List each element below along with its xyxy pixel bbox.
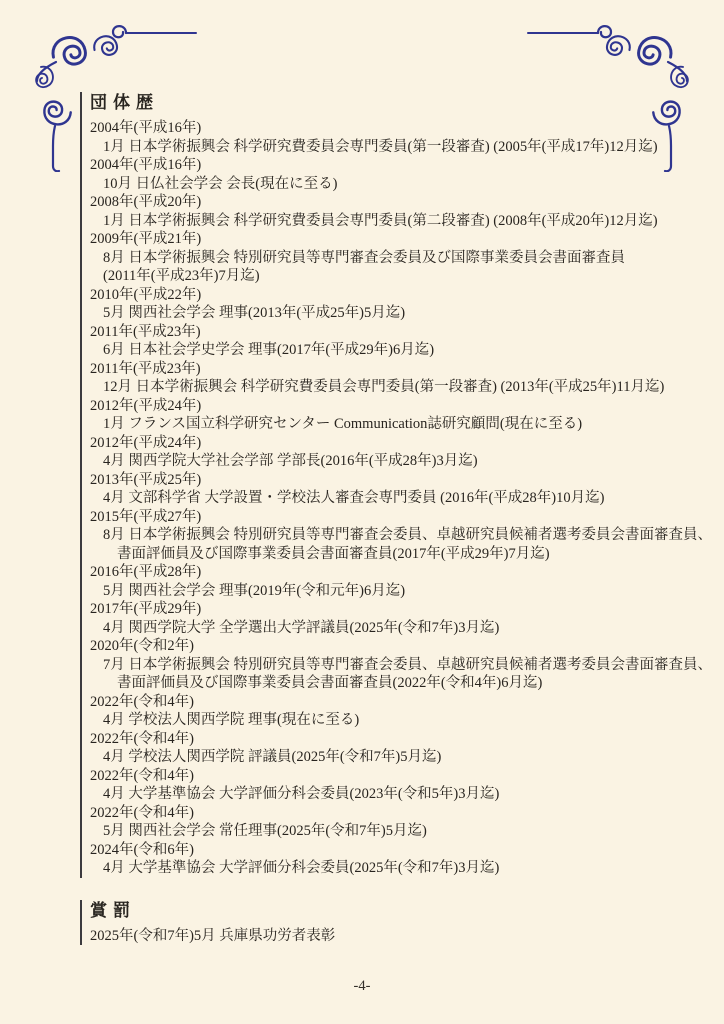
history-line: 2004年(平成16年)	[90, 156, 690, 175]
history-line: 4月 関西学院大学 全学選出大学評議員(2025年(令和7年)3月迄)	[90, 619, 690, 638]
history-line: 2017年(平成29年)	[90, 600, 690, 619]
history-line: 6月 日本社会学史学会 理事(2017年(平成29年)6月迄)	[90, 341, 690, 360]
history-line: 2025年(令和7年)5月 兵庫県功労者表彰	[90, 927, 690, 946]
history-line: 2022年(令和4年)	[90, 767, 690, 786]
history-line: 2022年(令和4年)	[90, 730, 690, 749]
history-line: 1月 フランス国立科学研究センター Communication誌研究顧問(現在に…	[90, 415, 690, 434]
history-line: 5月 関西社会学会 理事(2019年(令和元年)6月迄)	[90, 582, 690, 601]
history-line: 5月 関西社会学会 理事(2013年(平成25年)5月迄)	[90, 304, 690, 323]
history-line: 2024年(令和6年)	[90, 841, 690, 860]
history-line: 2011年(平成23年)	[90, 323, 690, 342]
section-awards: 賞罰 2025年(令和7年)5月 兵庫県功労者表彰	[80, 900, 690, 946]
history-line: 2009年(平成21年)	[90, 230, 690, 249]
history-line: 2004年(平成16年)	[90, 119, 690, 138]
history-line: 4月 学校法人関西学院 評議員(2025年(令和7年)5月迄)	[90, 748, 690, 767]
history-line: 2012年(平成24年)	[90, 397, 690, 416]
history-line: 2016年(平成28年)	[90, 563, 690, 582]
history-line: 1月 日本学術振興会 科学研究費委員会専門委員(第一段審査) (2005年(平成…	[90, 138, 690, 157]
history-line: 2020年(令和2年)	[90, 637, 690, 656]
history-line: 書面評価員及び国際事業委員会書面審査員(2022年(令和4年)6月迄)	[90, 674, 690, 693]
history-line: 1月 日本学術振興会 科学研究費委員会専門委員(第二段審査) (2008年(平成…	[90, 212, 690, 231]
history-line: 4月 文部科学省 大学設置・学校法人審査会専門委員 (2016年(平成28年)1…	[90, 489, 690, 508]
history-line: 2012年(平成24年)	[90, 434, 690, 453]
history-line: 5月 関西社会学会 常任理事(2025年(令和7年)5月迄)	[90, 822, 690, 841]
awards-lines: 2025年(令和7年)5月 兵庫県功労者表彰	[90, 927, 690, 946]
history-line: 4月 大学基準協会 大学評価分科会委員(2023年(令和5年)3月迄)	[90, 785, 690, 804]
history-line: 2008年(平成20年)	[90, 193, 690, 212]
history-line: 2010年(平成22年)	[90, 286, 690, 305]
section-organizational-history: 団体歴 2004年(平成16年)1月 日本学術振興会 科学研究費委員会専門委員(…	[80, 92, 690, 878]
page-number: -4-	[0, 978, 724, 995]
section-heading-organizational-history: 団体歴	[90, 92, 690, 114]
history-line: 2022年(令和4年)	[90, 693, 690, 712]
history-line: 4月 学校法人関西学院 理事(現在に至る)	[90, 711, 690, 730]
history-line: 12月 日本学術振興会 科学研究費委員会専門委員(第一段審査) (2013年(平…	[90, 378, 690, 397]
history-line: 書面評価員及び国際事業委員会書面審査員(2017年(平成29年)7月迄)	[90, 545, 690, 564]
history-line: 7月 日本学術振興会 特別研究員等専門審査会委員、卓越研究員候補者選考委員会書面…	[90, 656, 690, 675]
page-content: 団体歴 2004年(平成16年)1月 日本学術振興会 科学研究費委員会専門委員(…	[80, 92, 690, 945]
history-line: 2015年(平成27年)	[90, 508, 690, 527]
history-line: 8月 日本学術振興会 特別研究員等専門審査会委員、卓越研究員候補者選考委員会書面…	[90, 526, 690, 545]
history-line: (2011年(平成23年)7月迄)	[90, 267, 690, 286]
history-line: 2013年(平成25年)	[90, 471, 690, 490]
history-line: 8月 日本学術振興会 特別研究員等専門審査会委員及び国際事業委員会書面審査員	[90, 249, 690, 268]
history-line: 4月 大学基準協会 大学評価分科会委員(2025年(令和7年)3月迄)	[90, 859, 690, 878]
history-line: 2011年(平成23年)	[90, 360, 690, 379]
history-line: 2022年(令和4年)	[90, 804, 690, 823]
history-line: 4月 関西学院大学社会学部 学部長(2016年(平成28年)3月迄)	[90, 452, 690, 471]
organizational-history-lines: 2004年(平成16年)1月 日本学術振興会 科学研究費委員会専門委員(第一段審…	[90, 119, 690, 878]
section-heading-awards: 賞罰	[90, 900, 690, 922]
history-line: 10月 日仏社会学会 会長(現在に至る)	[90, 175, 690, 194]
